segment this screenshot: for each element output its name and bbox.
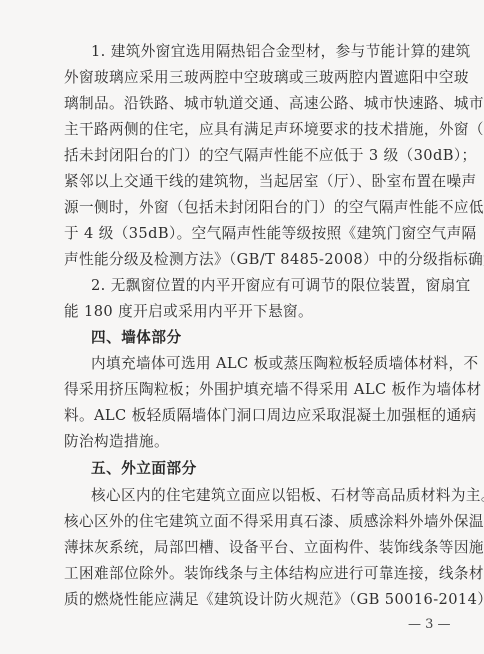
paragraph-1-line-5: 括未封闭阳台的门）的空气隔声性能不应低于 3 级（30dB）； bbox=[64, 144, 456, 168]
document-page: 1. 建筑外窗宜选用隔热铝合金型材，参与节能计算的建筑 外窗玻璃应采用三玻两腔中… bbox=[0, 0, 484, 654]
paragraph-2-line-2: 能 180 度开启或采用内平开下悬窗。 bbox=[64, 300, 456, 324]
paragraph-1-line-3: 璃制品。沿铁路、城市轨道交通、高速公路、城市快速路、城市 bbox=[64, 92, 456, 116]
section-heading-walls: 四、墙体部分 bbox=[91, 326, 182, 350]
section-heading-facade: 五、外立面部分 bbox=[91, 457, 197, 481]
paragraph-1-line-6: 紧邻以上交通干线的建筑物，当起居室（厅）、卧室布置在噪声 bbox=[64, 170, 456, 194]
paragraph-4-line-1: 核心区内的住宅建筑立面应以铝板、石材等高品质材料为主。 bbox=[91, 484, 456, 508]
paragraph-1-line-1: 1. 建筑外窗宜选用隔热铝合金型材，参与节能计算的建筑 bbox=[91, 40, 456, 64]
paragraph-1-line-4: 主干路两侧的住宅，应具有满足声环境要求的技术措施，外窗（包 bbox=[64, 118, 456, 142]
paragraph-1-line-2: 外窗玻璃应采用三玻两腔中空玻璃或三玻两腔内置遮阳中空玻 bbox=[64, 66, 456, 90]
paragraph-2-line-1: 2. 无飘窗位置的内平开窗应有可调节的限位装置，窗扇宜 bbox=[91, 274, 456, 298]
paragraph-4-line-3: 薄抹灰系统，局部凹槽、设备平台、立面构件、装饰线条等因施 bbox=[64, 536, 456, 560]
paragraph-3-line-4: 防治构造措施。 bbox=[64, 430, 456, 454]
paragraph-4-line-4: 工困难部位除外。装饰线条与主体结构应进行可靠连接，线条材 bbox=[64, 562, 456, 586]
paragraph-3-line-3: 料。ALC 板轻质隔墙体门洞口周边应采取混凝土加强框的通病 bbox=[64, 404, 456, 428]
paragraph-4-line-2: 核心区外的住宅建筑立面不得采用真石漆、质感涂料外墙外保温 bbox=[64, 510, 456, 534]
paragraph-1-line-8: 于 4 级（35dB）。空气隔声性能等级按照《建筑门窗空气声隔 bbox=[64, 222, 456, 246]
paragraph-3-line-1: 内填充墙体可选用 ALC 板或蒸压陶粒板轻质墙体材料，不 bbox=[91, 352, 456, 376]
paragraph-1-line-7: 源一侧时，外窗（包括未封闭阳台的门）的空气隔声性能不应低 bbox=[64, 196, 456, 220]
paragraph-3-line-2: 得采用挤压陶粒板；外围护填充墙不得采用 ALC 板作为墙体材 bbox=[64, 378, 456, 402]
page-number: — 3 — bbox=[408, 617, 451, 632]
paragraph-4-line-5: 质的燃烧性能应满足《建筑设计防火规范》（GB 50016-2014） bbox=[64, 588, 456, 612]
paragraph-1-line-9: 声性能分级及检测方法》（GB/T 8485-2008）中的分级指标确定。 bbox=[64, 248, 456, 272]
